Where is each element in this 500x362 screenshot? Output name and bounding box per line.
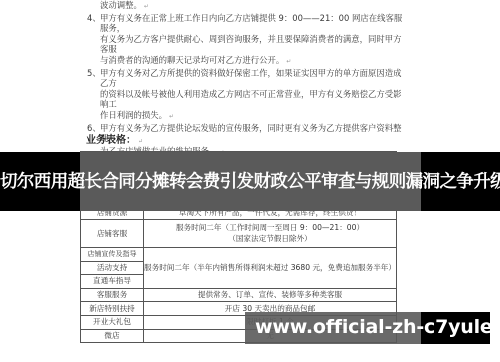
clause-line: 有义务为乙方客户提供耐心、周到咨询服务，并且要保障消费者的满意，同时甲方客服 bbox=[100, 34, 404, 55]
clause-line: 的资料以及帐号被他人利用造成乙方网店不可正常营业，甲方有义务赔偿乙方受影响工 bbox=[100, 89, 404, 110]
clause-line: 与消费者的沟通的聊天记录均可对乙方进行公开。↵ bbox=[100, 55, 404, 68]
clause-number: 5、 bbox=[87, 68, 101, 79]
watermark-url: www.official-zh-c7yule.com bbox=[255, 316, 500, 338]
row-label: 新店特别扶持 bbox=[81, 302, 144, 316]
clause-line: 波动调整。 bbox=[100, 0, 142, 10]
headline-banner-title: 切尔西用超长合同分摊转会费引发财政公平审查与规则漏洞之争升级 bbox=[0, 168, 500, 193]
clause-5: 5、 甲方有义务对乙方所提供的资料做好保密工作，如果证实因甲方的单方面原因造成乙… bbox=[84, 68, 404, 123]
clause-line: 甲方有义务为乙方提供论坛发贴的宣传服务，同时更有义务为乙方提供客户资料整理，↵ bbox=[100, 123, 404, 146]
row-label: 开业大礼包 bbox=[81, 315, 144, 329]
clause-line: 甲方有义务在正常上班工作日内向乙方店铺提供 9：00——21：00 网店在线客服… bbox=[100, 13, 404, 34]
paragraph-mark-icon: ↵ bbox=[286, 58, 291, 65]
table-row: 店铺宣传及指导服务时间二年（半年内销售所得利润未超过 3680 元，免费追加服务… bbox=[81, 247, 397, 261]
table-heading: 业务表格：↵ bbox=[86, 131, 143, 146]
paragraph-mark-icon: ↵ bbox=[169, 113, 174, 120]
row-label: 微店 bbox=[81, 329, 144, 343]
row-label: 店铺客服 bbox=[81, 219, 144, 247]
row-value: 提供常务、订单、宣传、装修等多种类客服 bbox=[144, 288, 397, 302]
row-label: 直通车指导 bbox=[81, 275, 144, 289]
row-value: 服务时间二年（半年内销售所得利润未超过 3680 元，免费追加服务半年） bbox=[144, 247, 397, 288]
paragraph-mark-icon: ↵ bbox=[144, 3, 149, 10]
clause-line: 作日利润的损失。↵ bbox=[100, 110, 404, 123]
row-label: 活动支持 bbox=[81, 261, 144, 275]
row-label: 客服服务 bbox=[81, 288, 144, 302]
table-row: 店铺客服服务时间二年（工作时间周一至周日 9：00—21：00）（国家法定节假日… bbox=[81, 219, 397, 247]
row-value: 服务时间二年（工作时间周一至周日 9：00—21：00）（国家法定节假日除外） bbox=[144, 219, 397, 247]
clause-number: 4、 bbox=[87, 13, 101, 24]
table-heading-text: 业务表格： bbox=[86, 135, 136, 146]
paragraph-mark-icon: ↵ bbox=[138, 138, 143, 145]
row-value-line: （国家法定节假日除外） bbox=[144, 233, 396, 244]
clause-line-text: 与消费者的沟通的聊天记录均可对乙方进行公开。 bbox=[100, 55, 284, 65]
clause-line-text: 作日利润的损失。 bbox=[100, 110, 167, 120]
clause-continuation: 波动调整。↵ bbox=[84, 0, 404, 13]
clause-line-text: 甲方有义务为乙方提供论坛发贴的宣传服务，同时更有义务为乙方提供客户资料整理， bbox=[100, 123, 402, 144]
clause-4: 4、 甲方有义务在正常上班工作日内向乙方店铺提供 9：00——21：00 网店在… bbox=[84, 13, 404, 68]
table-row: 客服服务提供常务、订单、宣传、装修等多种类客服 bbox=[81, 288, 397, 302]
row-value-line: 服务时间二年（工作时间周一至周日 9：00—21：00） bbox=[144, 222, 396, 233]
clause-line: 甲方有义务对乙方所提供的资料做好保密工作，如果证实因甲方的单方面原因造成乙方 bbox=[100, 68, 404, 89]
row-label: 店铺宣传及指导 bbox=[81, 247, 144, 261]
